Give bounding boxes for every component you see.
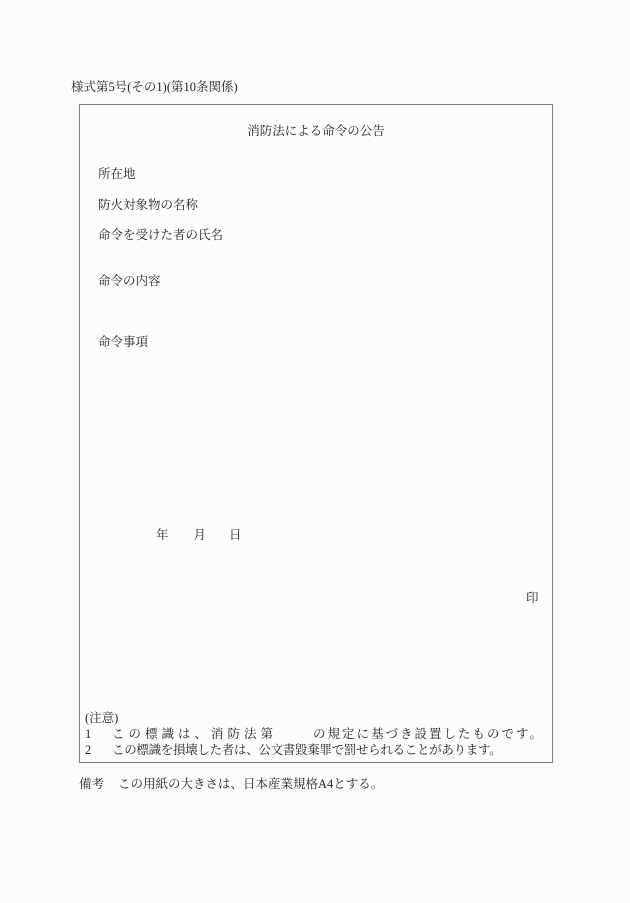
note-item-2: 2この標識を損壊した者は、公文書毀棄罪で罰せられることがあります。 [85, 743, 501, 757]
form-number-label: 様式第5号(その1)(第10条関係) [71, 80, 238, 94]
article-number-blank [277, 737, 313, 738]
note-text: この標識を損壊した者は、公文書毀棄罪で罰せられることがあります。 [112, 743, 501, 757]
remark-label: 備考 [79, 777, 104, 791]
notes-heading: (注意) [85, 711, 118, 725]
field-label-location: 所在地 [98, 167, 136, 181]
date-line: 年月日 [156, 528, 242, 542]
remark-text: この用紙の大きさは、日本産業規格A4とする。 [118, 777, 383, 791]
note-text-after-blank: の規定に基づき設置したものです。 [313, 727, 544, 741]
note-number: 1 [85, 727, 112, 741]
field-label-order-items: 命令事項 [98, 335, 148, 349]
note-text-before-blank: この標識は、消防法第 [112, 727, 277, 741]
notice-title: 消防法による命令の公告 [80, 124, 552, 138]
field-label-building-name: 防火対象物の名称 [98, 198, 198, 212]
note-item-1: 1この標識は、消防法第の規定に基づき設置したものです。 [85, 727, 544, 741]
field-label-recipient-name: 命令を受けた者の氏名 [98, 228, 223, 242]
year-label: 年 [156, 528, 169, 542]
notice-box: 消防法による命令の公告 所在地 防火対象物の名称 命令を受けた者の氏名 命令の内… [79, 104, 553, 763]
day-label: 日 [229, 528, 242, 542]
remark-note: 備考この用紙の大きさは、日本産業規格A4とする。 [79, 777, 383, 791]
seal-mark: 印 [526, 591, 539, 605]
month-label: 月 [194, 528, 207, 542]
field-label-order-content: 命令の内容 [98, 274, 161, 288]
note-number: 2 [85, 743, 112, 757]
